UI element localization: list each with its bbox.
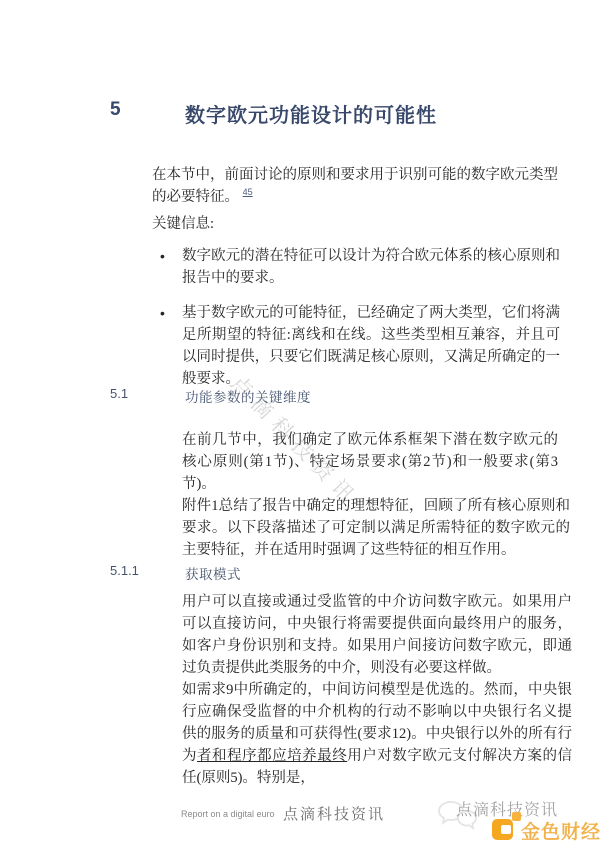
section-5-1-1-paragraph-2: 如需求9中所确定的，中间访问模型是优选的。然而，中央银行应确保受监督的中介机构的… (182, 679, 572, 789)
chapter-number: 5 (110, 99, 185, 121)
list-item: 基于数字欧元的可能特征，已经确定了两大类型，它们将满足所期望的特征:离线和在线。… (158, 302, 560, 390)
section-title: 功能参数的关键维度 (185, 386, 311, 406)
underlined-link-text[interactable]: 者和程序都应培养最终 (197, 748, 347, 764)
section-number: 5.1 (110, 386, 185, 401)
footnote-ref-link[interactable]: 45 (243, 187, 253, 197)
section-heading-5-1: 5.1 功能参数的关键维度 (110, 386, 580, 406)
list-item: 数字欧元的潜在特征可以设计为符合欧元体系的核心原则和报告中的要求。 (158, 245, 560, 289)
section-5-1-1-paragraph-1: 用户可以直接或通过受监管的中介访问数字欧元。如果用户可以直接访问，中央银行将需要… (182, 591, 572, 679)
document-page: 5 数字欧元功能设计的可能性 在本节中，前面讨论的原则和要求用于识别可能的数字欧… (0, 0, 600, 849)
section-heading-5-1-1: 5.1.1 获取模式 (110, 563, 580, 583)
brand-name-text: 金色财经 (521, 817, 600, 844)
section-title: 获取模式 (185, 563, 241, 583)
chapter-heading: 5 数字欧元功能设计的可能性 (110, 99, 580, 128)
section-5-1-1-body: 用户可以直接或通过受监管的中介访问数字欧元。如果用户可以直接访问，中央银行将需要… (182, 591, 572, 789)
intro-text: 在本节中，前面讨论的原则和要求用于识别可能的数字欧元类型的必要特征。 (152, 167, 558, 205)
section-5-1-paragraph-2: 附件1总结了报告中确定的理想特征，回顾了所有核心原则和要求。以下段落描述了可定制… (182, 495, 570, 561)
section-number: 5.1.1 (110, 563, 185, 578)
chapter-title: 数字欧元功能设计的可能性 (185, 99, 437, 128)
footer-report-title: Report on a digital euro (181, 809, 275, 819)
jinse-finance-logo-icon (492, 810, 522, 842)
footer-source-text: 点滴科技资讯 (283, 803, 385, 824)
key-messages-list: 数字欧元的潜在特征可以设计为符合欧元体系的核心原则和报告中的要求。 基于数字欧元… (158, 245, 560, 390)
section-5-1-paragraph-1: 在前几节中，我们确定了欧元体系框架下潜在数字欧元的核心原则(第1节)、特定场景要… (182, 429, 558, 495)
key-messages-label: 关键信息: (152, 212, 214, 233)
intro-paragraph: 在本节中，前面讨论的原则和要求用于识别可能的数字欧元类型的必要特征。 45 (152, 164, 558, 208)
